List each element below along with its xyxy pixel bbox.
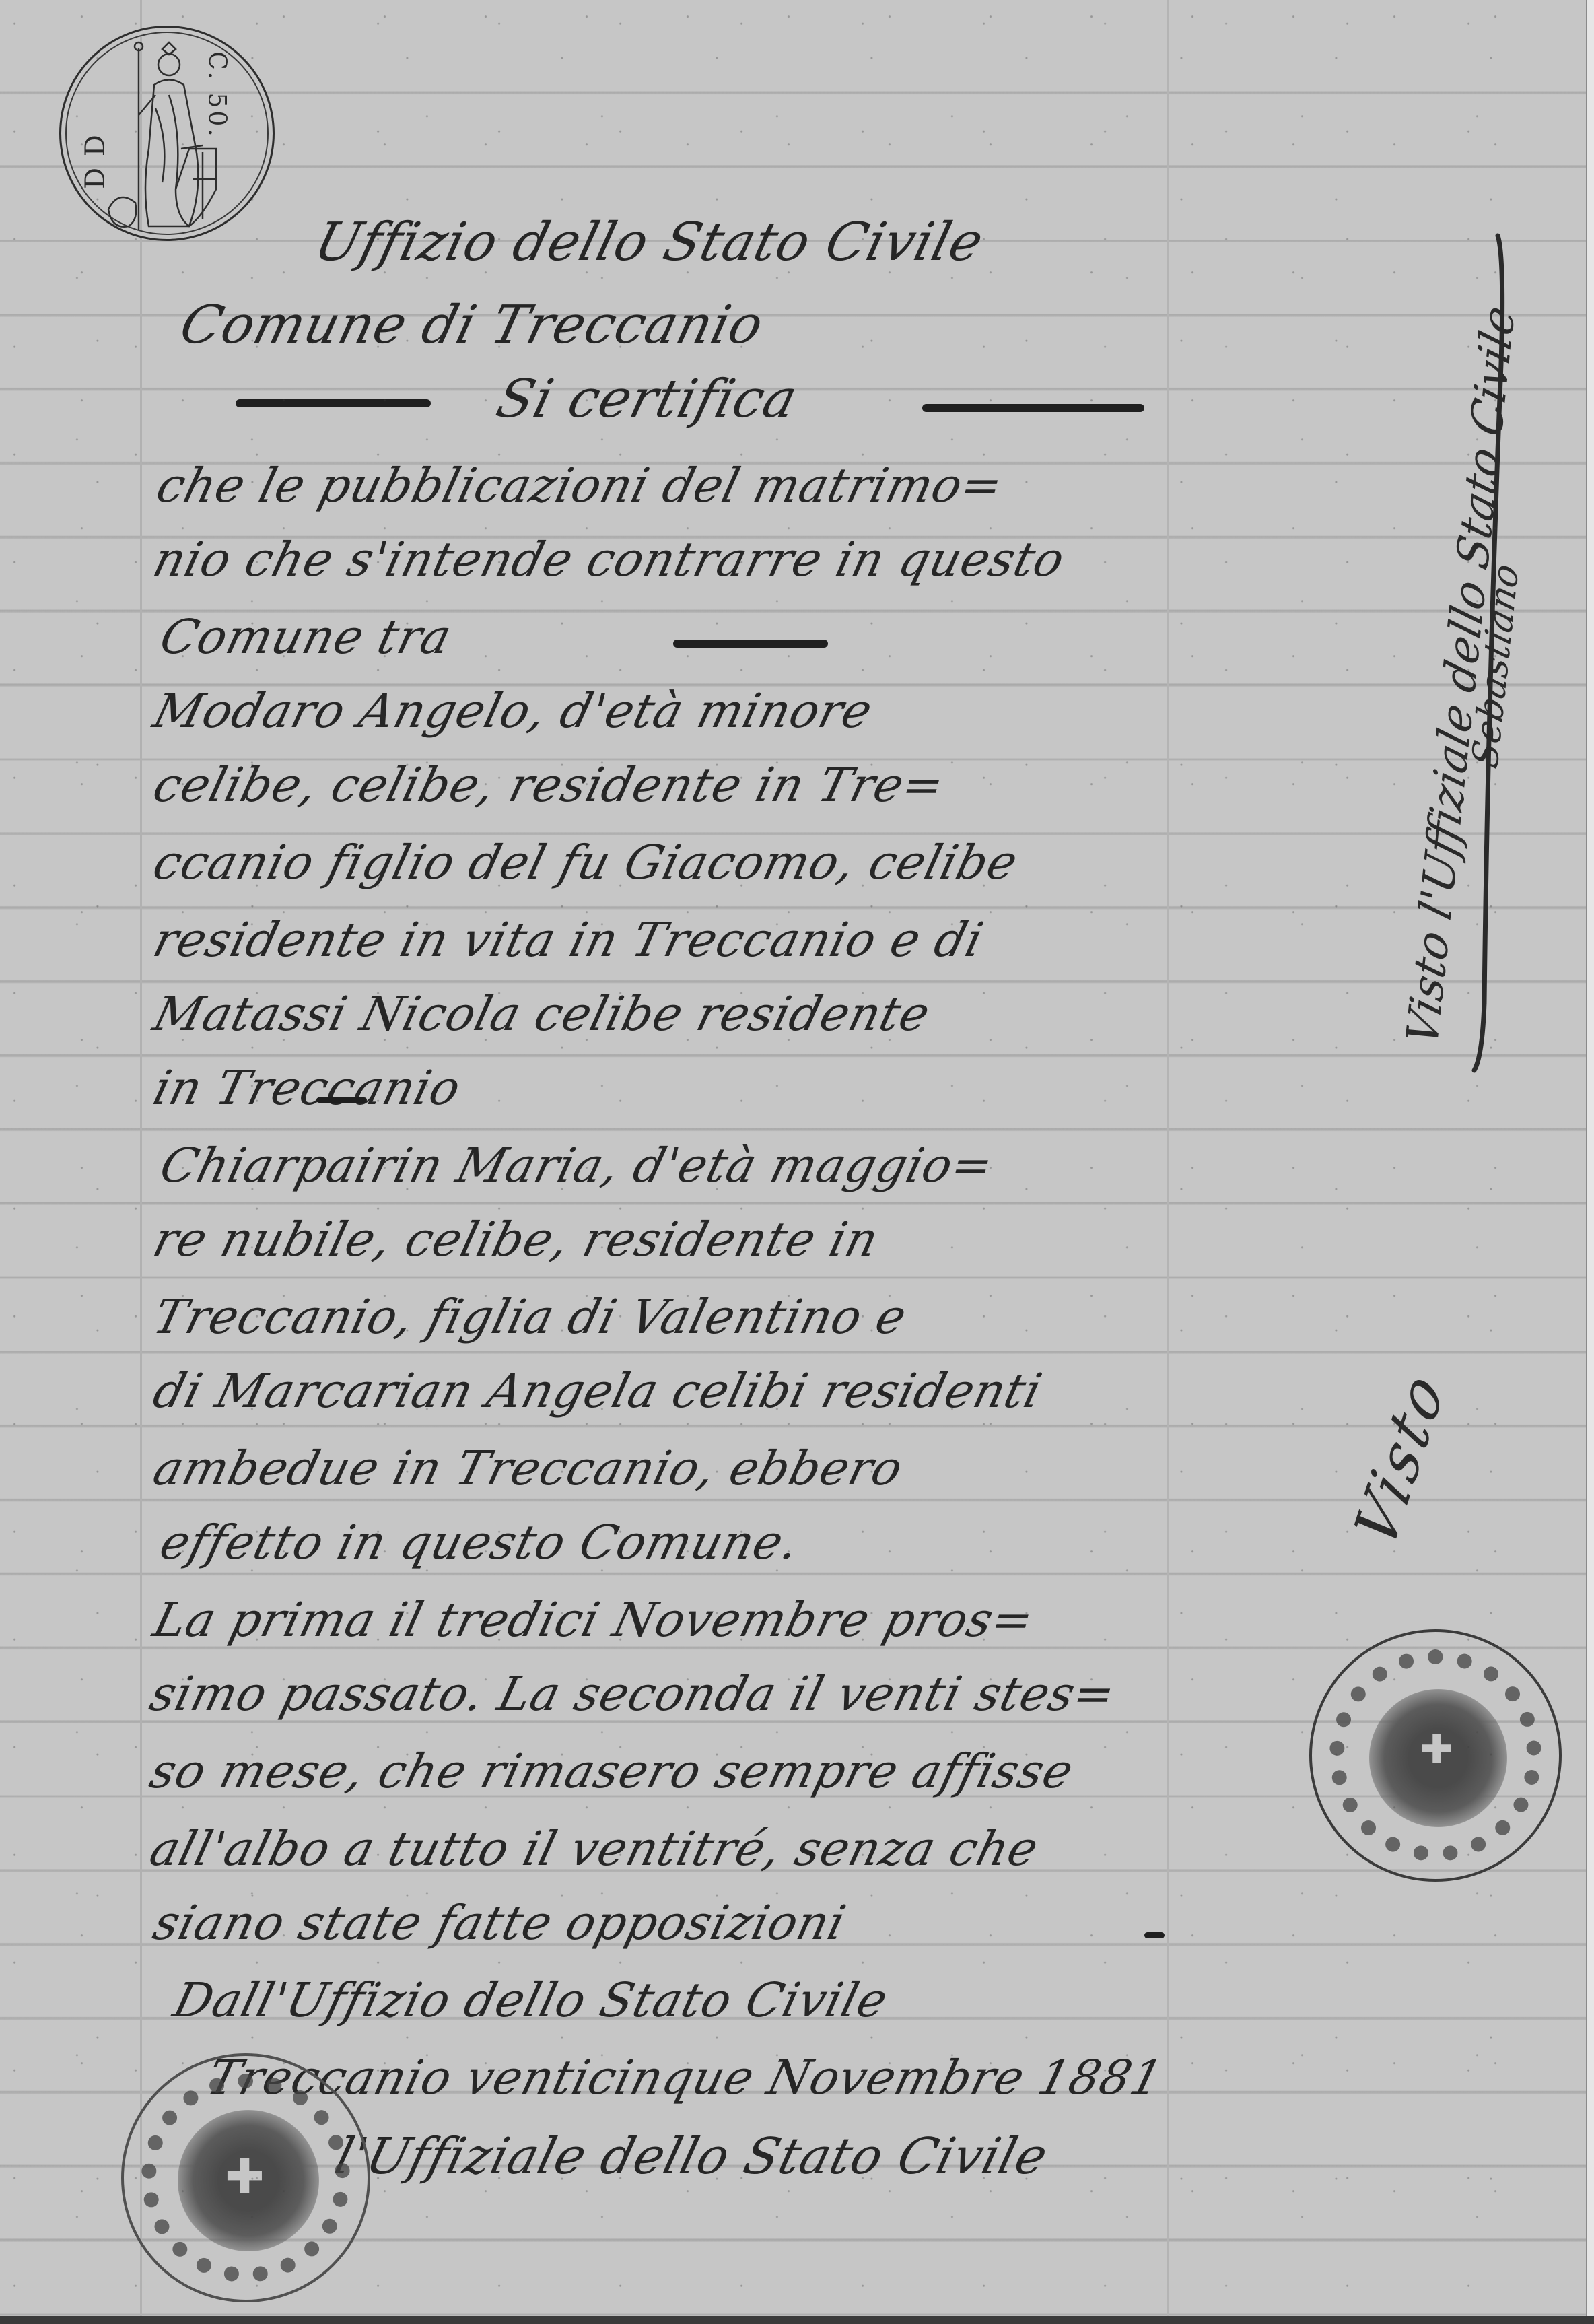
body-line: Treccanio, figlia di Valentino e	[148, 1289, 913, 1344]
office-heading: Uffizio dello Stato Civile	[309, 212, 990, 273]
rule-dash	[236, 399, 431, 407]
savoy-cross-icon: ✚	[1420, 1726, 1453, 1773]
body-line: ccanio figlio del fu Giacomo, celibe	[148, 835, 1024, 890]
body-line: Chiarpairin Maria, d'età maggio=	[155, 1138, 1000, 1193]
rule-dash	[922, 404, 1144, 412]
page-bottom-edge	[0, 2316, 1594, 2324]
revenue-stamp: D D C. 50.	[59, 26, 275, 241]
savoy-cross-icon: ✚	[225, 2149, 265, 2204]
body-line: siano state fatte opposizioni	[148, 1895, 852, 1950]
body-line: all'albo a tutto il ventitré, senza che	[145, 1821, 1045, 1876]
commune-heading: Comune di Treccanio	[174, 295, 770, 355]
stamp-left-text: D D	[80, 133, 111, 189]
signature-title: l'Uffiziale dello Stato Civile	[329, 2127, 1053, 2185]
certifies-heading: Si certifica	[491, 369, 804, 430]
body-line: Comune tra	[155, 609, 458, 664]
body-line: che le pubblicazioni del matrimo=	[151, 458, 1009, 513]
body-line: di Marcarian Angela celibi residenti	[148, 1363, 1048, 1419]
margin-signature: Visto	[1343, 1356, 1458, 1561]
rule-dash	[1144, 1932, 1165, 1938]
flourish-icon	[1467, 229, 1508, 1077]
official-seal: ✚	[1309, 1629, 1562, 1882]
from-office-line: Dall'Uffizio dello Stato Civile	[168, 1973, 894, 2028]
left-margin-rule	[140, 0, 142, 2316]
right-margin-rule	[1167, 0, 1169, 2316]
body-line: simo passato. La seconda il venti stes=	[145, 1666, 1121, 1721]
body-line: ambedue in Treccanio, ebbero	[148, 1441, 909, 1496]
body-line: residente in vita in Treccanio e di	[148, 912, 990, 967]
body-line: nio che s'intende contrarre in questo	[148, 532, 1071, 587]
body-line: La prima il tredici Novembre pros=	[148, 1592, 1040, 1647]
stamp-value: C. 50.	[203, 51, 230, 139]
body-line: Modaro Angelo, d'età minore	[148, 683, 878, 739]
body-line: celibe, celibe, residente in Tre=	[148, 757, 950, 813]
rule-dash	[673, 640, 828, 648]
body-line: in Treccanio	[148, 1060, 467, 1116]
body-line: re nubile, celibe, residente in	[148, 1212, 885, 1267]
page-edge	[1586, 0, 1594, 2324]
official-seal: ✚	[121, 2053, 370, 2302]
body-line: effetto in questo Comune.	[155, 1515, 805, 1570]
body-line: Matassi Nicola celibe residente	[148, 986, 936, 1041]
body-line: so mese, che rimasero sempre affisse	[145, 1744, 1079, 1799]
place-date-line: Treccanio venticinque Novembre 1881	[202, 2050, 1169, 2105]
rule-dash	[316, 1097, 367, 1103]
document-page: D D C. 50. Uffizio dello Stato Civile Co…	[0, 0, 1586, 2316]
